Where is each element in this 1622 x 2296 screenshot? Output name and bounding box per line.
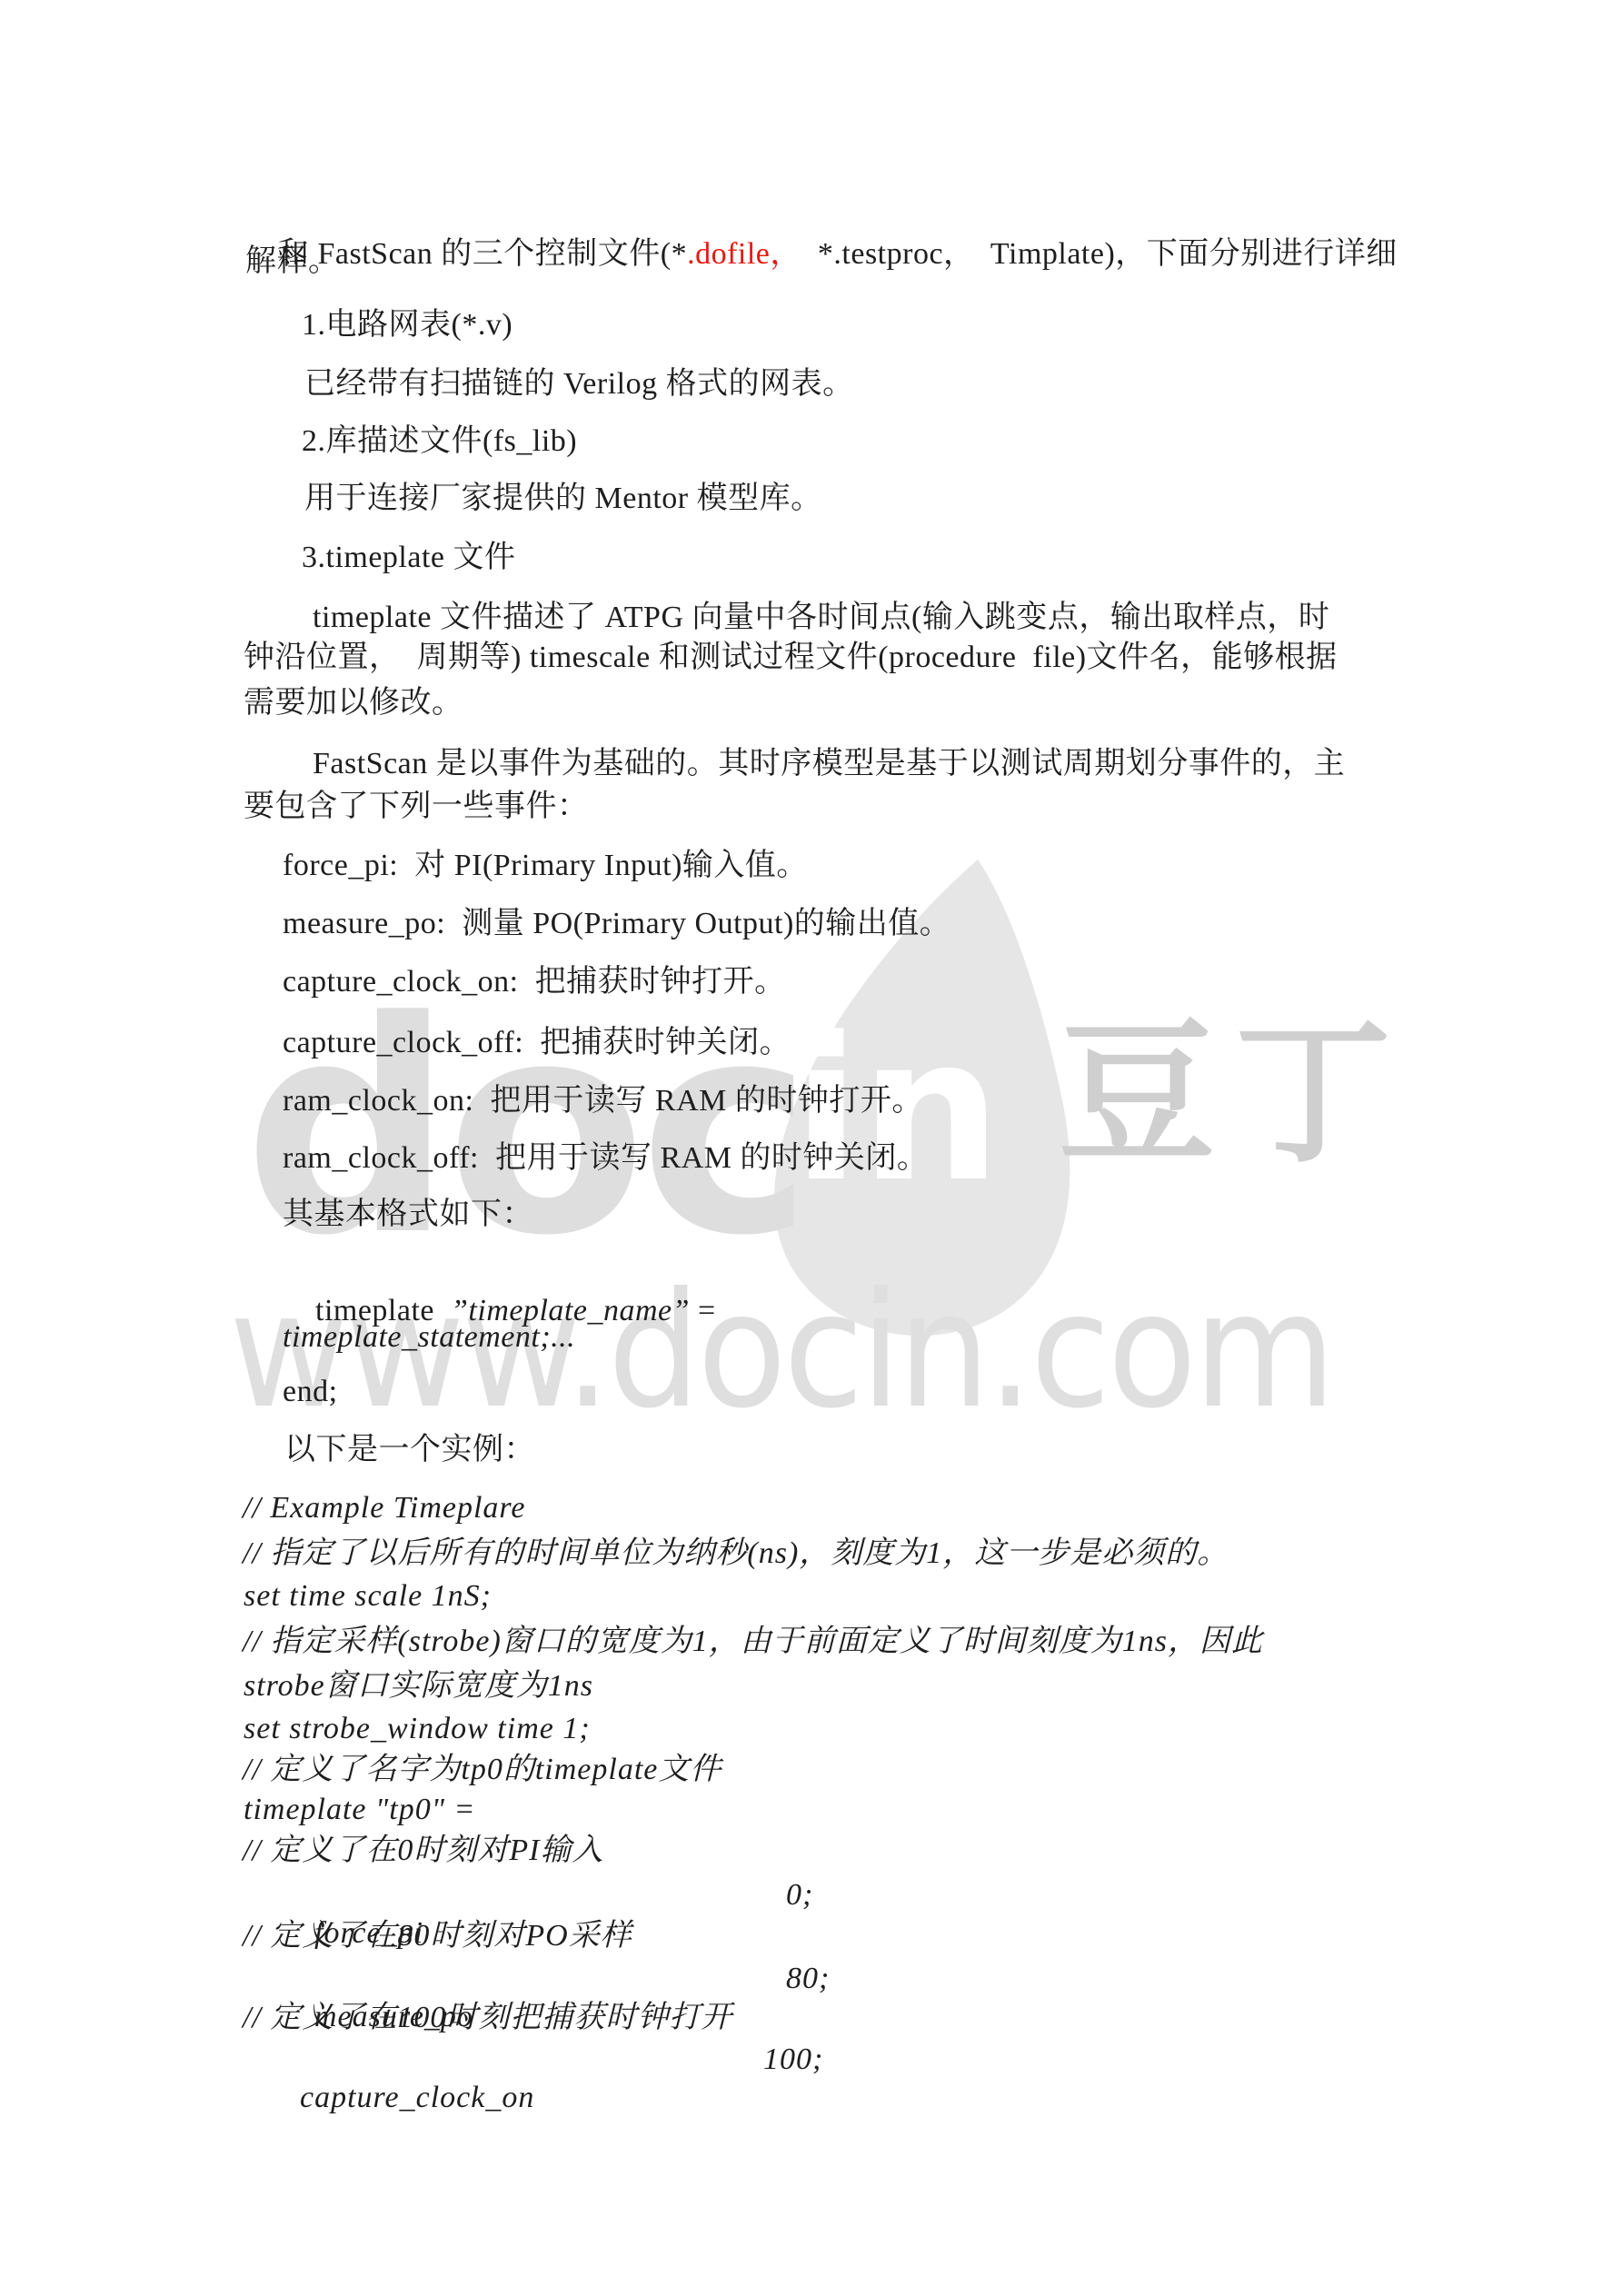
fastscan-paragraph-line-1: FastScan 是以事件为基础的。其时序模型是基于以测试周期划分事件的，主 (313, 745, 1345, 783)
list-item-netlist: 1.电路网表(*.v) (302, 306, 512, 344)
code-set-strobe-window: set strobe_window time 1; (244, 1710, 591, 1748)
code-comment-tp0: // 定义了名字为tp0的timeplate文件 (243, 1751, 721, 1789)
list-item-timeplate: 3.timeplate 文件 (302, 539, 516, 577)
watermark-douding-text: 豆丁 (1059, 1014, 1411, 1178)
event-measure-po: measure_po: 测量 PO(Primary Output)的输出值。 (283, 905, 950, 943)
fastscan-paragraph-line-2: 要包含了下列一些事件： (244, 788, 589, 826)
event-force-pi: force_pi: 对 PI(Primary Input)输入值。 (283, 847, 808, 885)
stmt-value: 0; (786, 1876, 813, 1914)
list-item-library: 2.库描述文件(fs_lib) (302, 422, 577, 461)
paragraph-intro-line-2: 解释。 (245, 243, 340, 281)
code-comment-force-pi: // 定义了在0时刻对PI输入 (243, 1832, 603, 1870)
stmt-value: 100; (763, 2041, 823, 2079)
stmt-name: capture_clock_on (300, 2081, 534, 2114)
paragraph-intro-line-1: 和 FastScan 的三个控制文件(*.dofile， *.testproc，… (245, 197, 1398, 312)
timeplate-paragraph-line-1: timeplate 文件描述了 ATPG 向量中各时间点(输入跳变点，输出取样点… (313, 599, 1329, 637)
event-capture-clock-off: capture_clock_off: 把捕获时钟关闭。 (283, 1024, 791, 1062)
code-comment-capture-clock: // 定义了在100时刻把捕获时钟打开 (243, 1999, 732, 2037)
stmt-value: 80; (786, 1960, 830, 1998)
code-comment-example: // Example Timeplare (243, 1489, 525, 1527)
format-intro-line: 其基本格式如下： (283, 1196, 533, 1234)
code-set-time-scale: set time scale 1nS; (244, 1577, 492, 1615)
format-equals: = (690, 1294, 716, 1327)
code-comment-strobe-width: strobe窗口实际宽度为1ns (244, 1667, 593, 1705)
code-comment-strobe: // 指定采样(strobe)窗口的宽度为1，由于前面定义了时间刻度为1ns，因… (243, 1623, 1263, 1661)
intro-text-after-red: *.testproc， Timplate)，下面分别进行详细 (801, 237, 1398, 271)
code-stmt-capture-clock-on: capture_clock_on 100; (265, 2041, 1622, 2193)
format-statement-line: timeplate_statement;... (283, 1318, 575, 1357)
timeplate-paragraph-line-2: 钟沿位置， 周期等) timescale 和测试过程文件(procedure f… (244, 639, 1338, 677)
code-comment-measure-po: // 定义了在80时刻对PO采样 (243, 1917, 632, 1955)
intro-red-dofile: .dofile， (687, 237, 801, 271)
library-description: 用于连接厂家提供的 Mentor 模型库。 (304, 480, 822, 518)
event-ram-clock-on: ram_clock_on: 把用于读写 RAM 的时钟打开。 (283, 1082, 923, 1120)
format-end-line: end; (283, 1373, 338, 1411)
intro-text-before-red: 和 FastScan 的三个控制文件(* (278, 237, 687, 271)
netlist-description: 已经带有扫描链的 Verilog 格式的网表。 (304, 365, 854, 403)
event-capture-clock-on: capture_clock_on: 把捕获时钟打开。 (283, 963, 786, 1001)
code-timeplate-tp0: timeplate "tp0" = (244, 1791, 475, 1829)
document-page: doc in 豆丁 www.docin.com 和 FastScan 的三个控制… (0, 0, 1622, 2296)
code-comment-timescale: // 指定了以后所有的时间单位为纳秒(ns)，刻度为1，这一步是必须的。 (243, 1535, 1229, 1573)
timeplate-paragraph-line-3: 需要加以修改。 (244, 684, 463, 722)
example-intro-line: 以下是一个实例： (284, 1431, 535, 1469)
event-ram-clock-off: ram_clock_off: 把用于读写 RAM 的时钟关闭。 (283, 1139, 928, 1178)
